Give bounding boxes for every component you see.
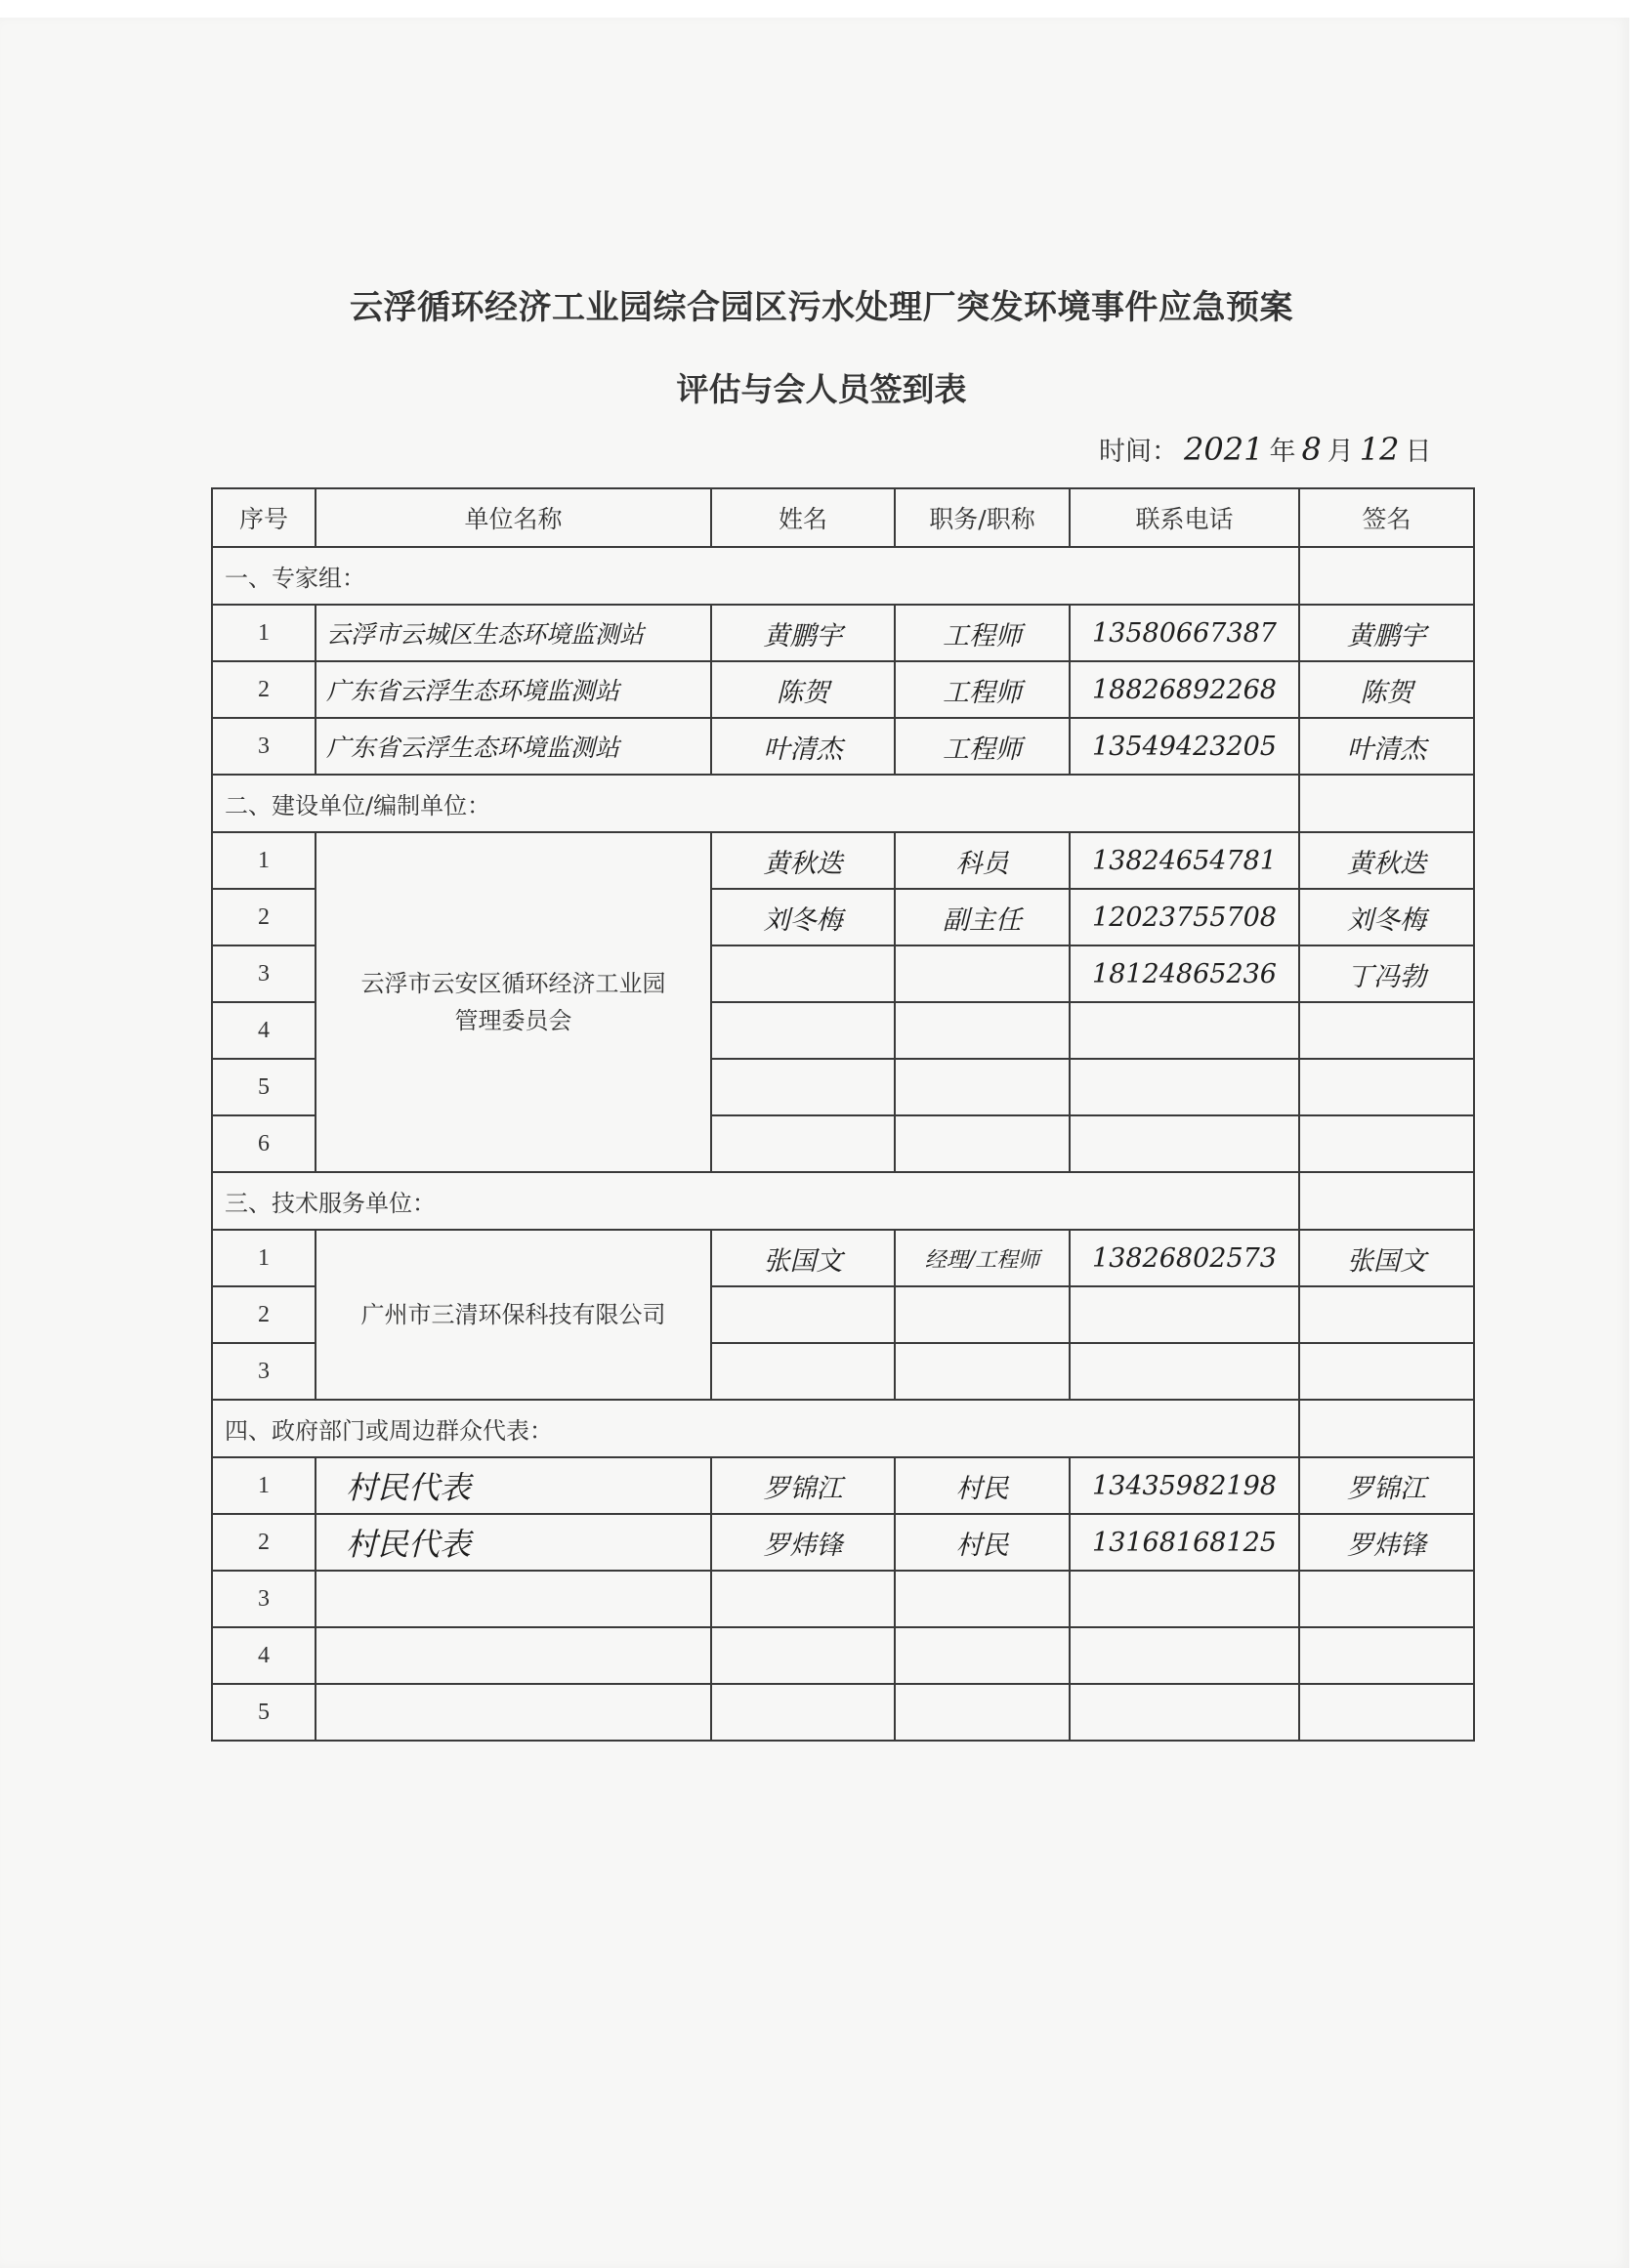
- row-title: [895, 1627, 1070, 1684]
- row-phone: 12023755708: [1070, 889, 1299, 945]
- section-label: 四、政府部门或周边群众代表：: [212, 1400, 1299, 1457]
- row-title: 工程师: [895, 661, 1070, 718]
- row-no: 3: [212, 945, 316, 1002]
- row-unit: 云浮市云城区生态环境监测站: [316, 605, 711, 661]
- row-signature: [1299, 1571, 1474, 1627]
- row-phone: [1070, 1059, 1299, 1115]
- row-title: [895, 1286, 1070, 1343]
- row-name: 罗炜锋: [711, 1514, 895, 1571]
- table-row: 1 村民代表 罗锦江 村民 13435982198 罗锦江: [212, 1457, 1474, 1514]
- row-name: 叶清杰: [711, 718, 895, 775]
- row-signature: [1299, 1343, 1474, 1400]
- row-signature: 丁冯勃: [1299, 945, 1474, 1002]
- row-title: [895, 1684, 1070, 1741]
- header-signature: 签名: [1299, 488, 1474, 547]
- date-day: 12: [1360, 431, 1400, 468]
- row-signature: [1299, 1115, 1474, 1172]
- section-header-construction-unit: 二、建设单位/编制单位：: [212, 775, 1474, 832]
- header-phone: 联系电话: [1070, 488, 1299, 547]
- row-no: 3: [212, 1343, 316, 1400]
- row-no: 4: [212, 1627, 316, 1684]
- row-no: 5: [212, 1059, 316, 1115]
- document-subtitle: 评估与会人员签到表: [0, 364, 1643, 410]
- row-phone: 13580667387: [1070, 605, 1299, 661]
- row-title: [895, 1343, 1070, 1400]
- row-phone: 18826892268: [1070, 661, 1299, 718]
- row-unit: [316, 1627, 711, 1684]
- row-no: 1: [212, 1457, 316, 1514]
- row-title: 经理/工程师: [895, 1230, 1070, 1286]
- date-month-unit: 月: [1327, 437, 1354, 467]
- row-name: [711, 1627, 895, 1684]
- section-header-public-representatives: 四、政府部门或周边群众代表：: [212, 1400, 1474, 1457]
- row-signature: [1299, 1002, 1474, 1059]
- row-phone: [1070, 1115, 1299, 1172]
- table-row: 5: [212, 1684, 1474, 1741]
- row-phone: 13826802573: [1070, 1230, 1299, 1286]
- row-signature: 黄鹏宇: [1299, 605, 1474, 661]
- row-name: 罗锦江: [711, 1457, 895, 1514]
- row-title: 村民: [895, 1514, 1070, 1571]
- row-signature: [1299, 1627, 1474, 1684]
- row-no: 1: [212, 1230, 316, 1286]
- table-row: 3: [212, 1571, 1474, 1627]
- row-phone: [1070, 1571, 1299, 1627]
- section-label: 一、专家组：: [212, 547, 1299, 605]
- date-day-unit: 日: [1406, 437, 1432, 467]
- row-title: [895, 1002, 1070, 1059]
- row-signature: [1299, 1059, 1474, 1115]
- row-name: [711, 945, 895, 1002]
- section-header-tech-service: 三、技术服务单位：: [212, 1172, 1474, 1230]
- section-label: 三、技术服务单位：: [212, 1172, 1299, 1230]
- table-row: 1 云浮市云安区循环经济工业园 管理委员会 黄秋迭 科员 13824654781…: [212, 832, 1474, 889]
- row-no: 2: [212, 661, 316, 718]
- row-phone: 18124865236: [1070, 945, 1299, 1002]
- merged-unit-name: 云浮市云安区循环经济工业园 管理委员会: [316, 832, 711, 1172]
- table-row: 3 广东省云浮生态环境监测站 叶清杰 工程师 13549423205 叶清杰: [212, 718, 1474, 775]
- row-title: 村民: [895, 1457, 1070, 1514]
- row-name: 张国文: [711, 1230, 895, 1286]
- row-phone: 13435982198: [1070, 1457, 1299, 1514]
- row-no: 1: [212, 605, 316, 661]
- meeting-date: 时间：2021年8月12日: [1099, 430, 1432, 468]
- row-phone: [1070, 1627, 1299, 1684]
- row-unit: [316, 1684, 711, 1741]
- table-row: 4: [212, 1627, 1474, 1684]
- header-name: 姓名: [711, 488, 895, 547]
- date-year-unit: 年: [1269, 437, 1295, 467]
- table-header-row: 序号 单位名称 姓名 职务/职称 联系电话 签名: [212, 488, 1474, 547]
- row-unit: 村民代表: [316, 1514, 711, 1571]
- row-title: [895, 1571, 1070, 1627]
- row-title: 工程师: [895, 718, 1070, 775]
- row-no: 2: [212, 1286, 316, 1343]
- row-name: 黄秋迭: [711, 832, 895, 889]
- row-signature: 叶清杰: [1299, 718, 1474, 775]
- row-name: [711, 1684, 895, 1741]
- row-signature: 张国文: [1299, 1230, 1474, 1286]
- row-phone: [1070, 1343, 1299, 1400]
- row-no: 2: [212, 889, 316, 945]
- section-label: 二、建设单位/编制单位：: [212, 775, 1299, 832]
- table-row: 1 云浮市云城区生态环境监测站 黄鹏宇 工程师 13580667387 黄鹏宇: [212, 605, 1474, 661]
- row-title: [895, 1115, 1070, 1172]
- row-title: [895, 1059, 1070, 1115]
- row-phone: 13824654781: [1070, 832, 1299, 889]
- table-row: 2 村民代表 罗炜锋 村民 13168168125 罗炜锋: [212, 1514, 1474, 1571]
- header-title: 职务/职称: [895, 488, 1070, 547]
- row-name: 陈贺: [711, 661, 895, 718]
- sign-in-table: 序号 单位名称 姓名 职务/职称 联系电话 签名 一、专家组： 1 云浮市云城区…: [211, 487, 1475, 1742]
- row-unit: 广东省云浮生态环境监测站: [316, 661, 711, 718]
- row-phone: [1070, 1684, 1299, 1741]
- row-name: [711, 1571, 895, 1627]
- row-signature: 罗炜锋: [1299, 1514, 1474, 1571]
- row-signature: [1299, 1684, 1474, 1741]
- row-phone: [1070, 1002, 1299, 1059]
- row-no: 3: [212, 1571, 316, 1627]
- date-year: 2021: [1184, 431, 1263, 468]
- row-signature: 罗锦江: [1299, 1457, 1474, 1514]
- row-name: [711, 1286, 895, 1343]
- row-title: 副主任: [895, 889, 1070, 945]
- row-signature: 陈贺: [1299, 661, 1474, 718]
- section-header-experts: 一、专家组：: [212, 547, 1474, 605]
- row-name: 黄鹏宇: [711, 605, 895, 661]
- date-month: 8: [1301, 431, 1321, 468]
- row-phone: [1070, 1286, 1299, 1343]
- merged-unit-name: 广州市三清环保科技有限公司: [316, 1230, 711, 1400]
- header-unit: 单位名称: [316, 488, 711, 547]
- row-no: 1: [212, 832, 316, 889]
- row-signature: 黄秋迭: [1299, 832, 1474, 889]
- row-unit: 广东省云浮生态环境监测站: [316, 718, 711, 775]
- date-label: 时间：: [1099, 437, 1178, 467]
- row-no: 2: [212, 1514, 316, 1571]
- row-unit: [316, 1571, 711, 1627]
- row-signature: [1299, 1286, 1474, 1343]
- row-phone: 13549423205: [1070, 718, 1299, 775]
- table-row: 1 广州市三清环保科技有限公司 张国文 经理/工程师 13826802573 张…: [212, 1230, 1474, 1286]
- row-phone: 13168168125: [1070, 1514, 1299, 1571]
- row-title: 工程师: [895, 605, 1070, 661]
- row-no: 5: [212, 1684, 316, 1741]
- row-name: [711, 1002, 895, 1059]
- row-no: 4: [212, 1002, 316, 1059]
- row-name: [711, 1343, 895, 1400]
- row-title: 科员: [895, 832, 1070, 889]
- table-row: 2 广东省云浮生态环境监测站 陈贺 工程师 18826892268 陈贺: [212, 661, 1474, 718]
- row-name: [711, 1115, 895, 1172]
- row-title: [895, 945, 1070, 1002]
- document-title: 云浮循环经济工业园综合园区污水处理厂突发环境事件应急预案: [0, 280, 1643, 328]
- row-signature: 刘冬梅: [1299, 889, 1474, 945]
- row-no: 6: [212, 1115, 316, 1172]
- row-name: [711, 1059, 895, 1115]
- row-name: 刘冬梅: [711, 889, 895, 945]
- header-no: 序号: [212, 488, 316, 547]
- row-no: 3: [212, 718, 316, 775]
- row-unit: 村民代表: [316, 1457, 711, 1514]
